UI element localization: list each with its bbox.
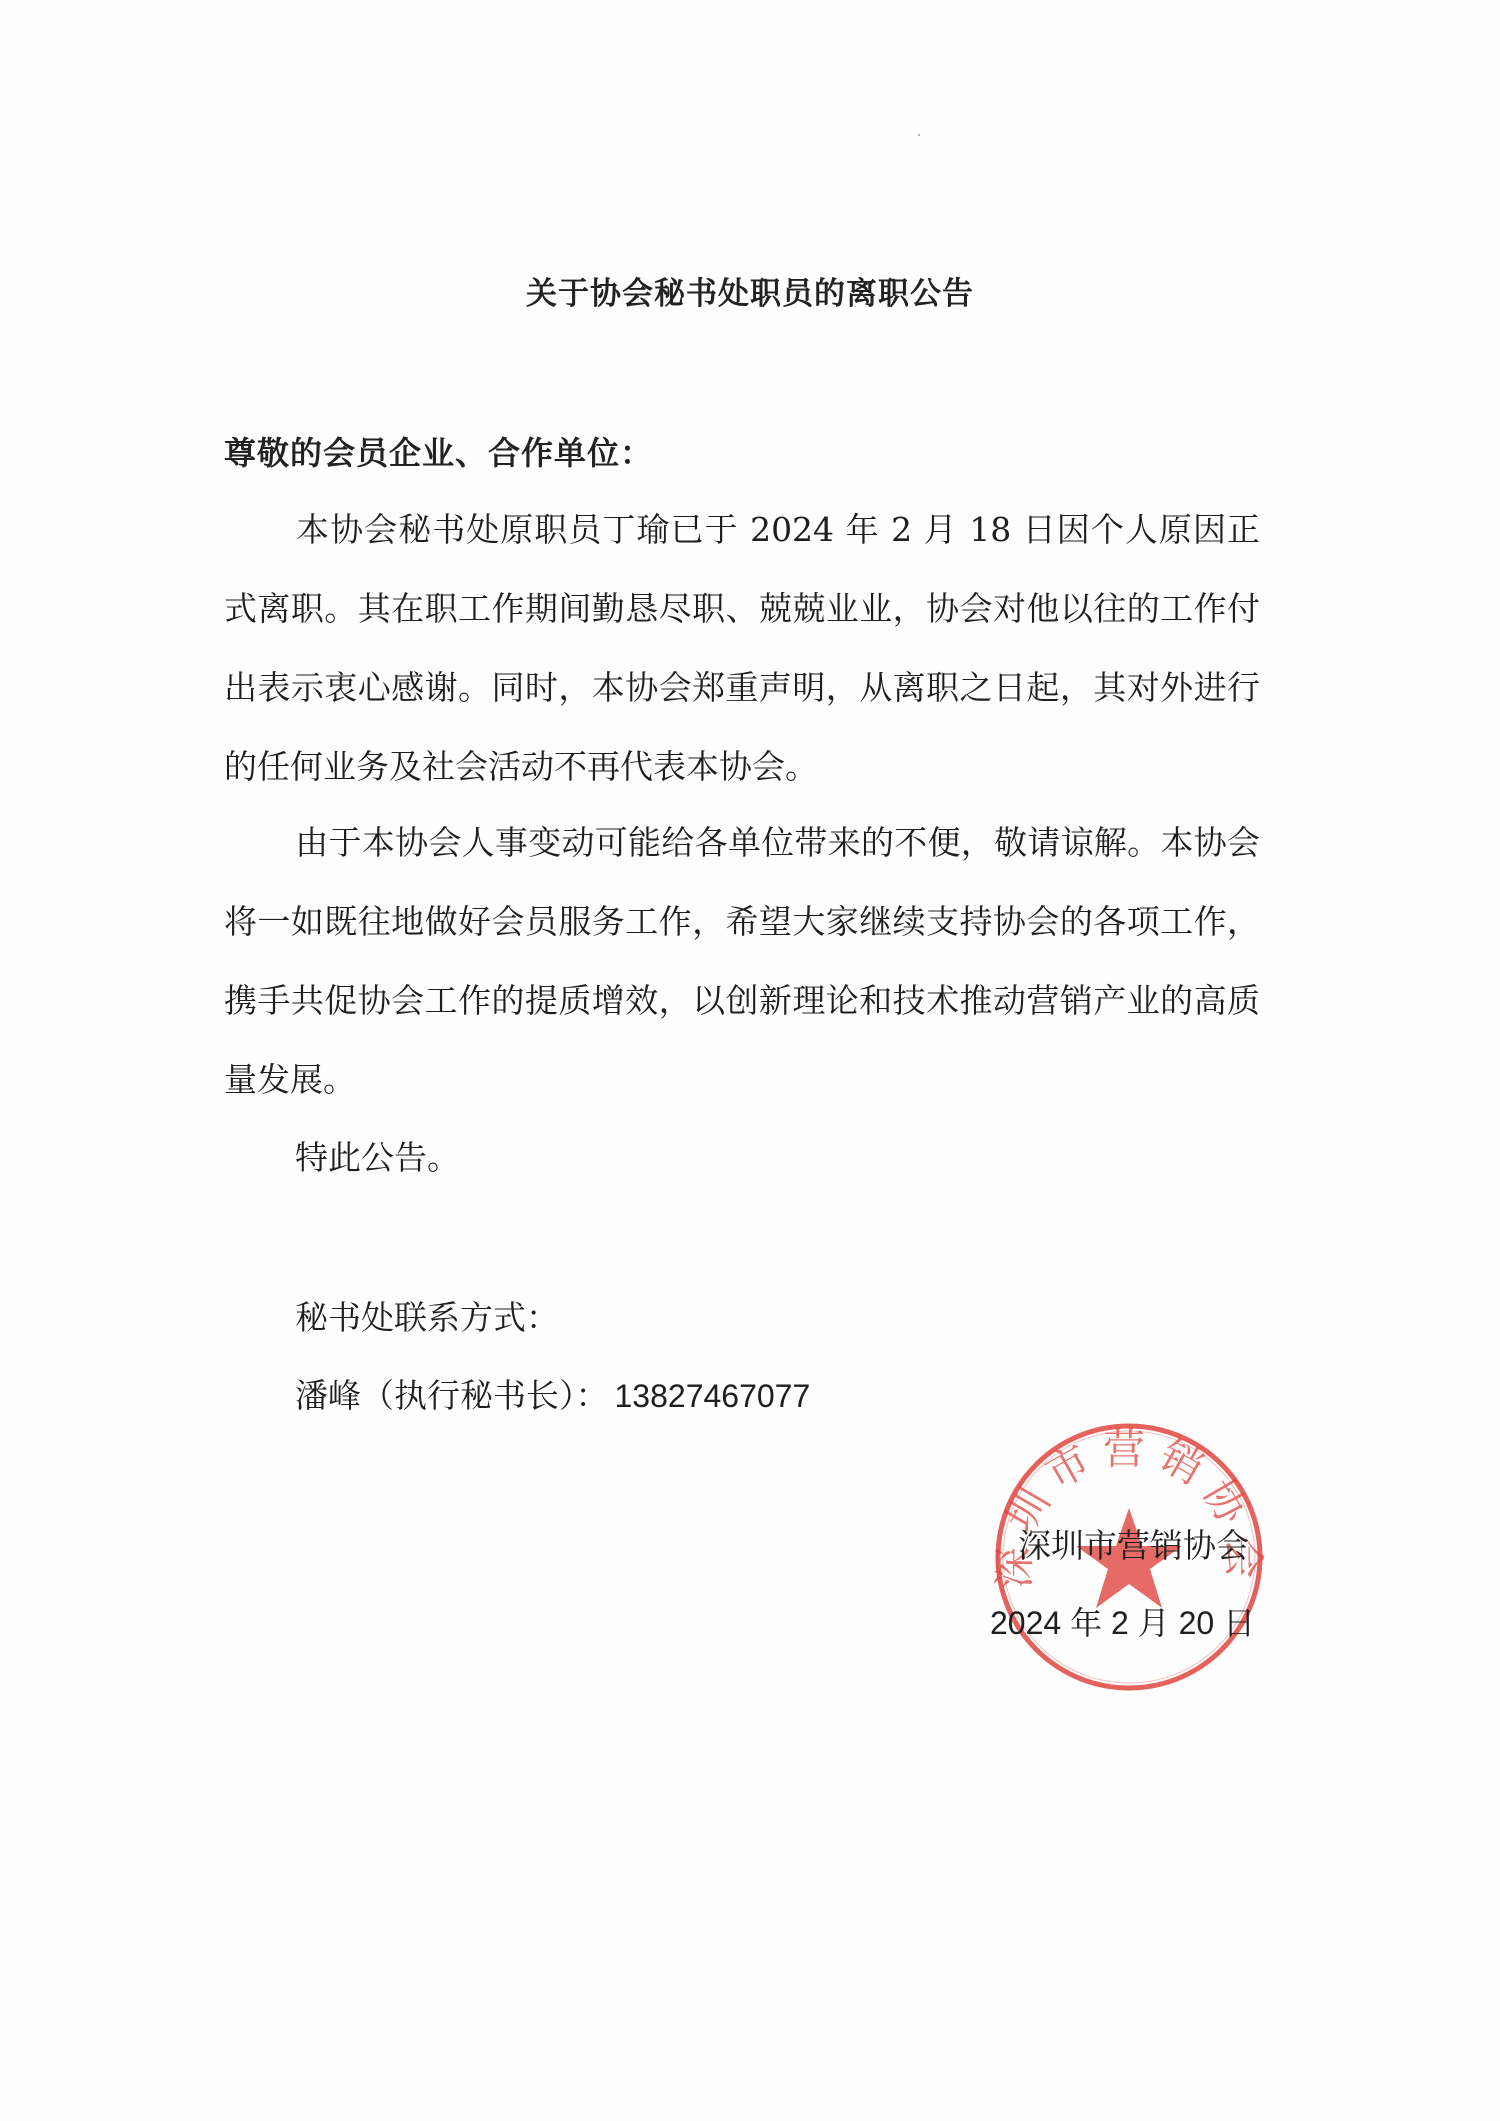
paragraph-closing: 特此公告。 <box>224 1118 1260 1197</box>
date-month-unit: 月 <box>1138 1604 1170 1642</box>
contact-line: 潘峰（执行秘书长）：13827467077 <box>295 1370 810 1417</box>
signature-date: 2024 年 2 月 20 日 <box>990 1598 1255 1644</box>
salutation: 尊敬的会员企业、合作单位： <box>224 428 653 474</box>
paragraph-closing-text: 特此公告。 <box>295 1138 460 1177</box>
paragraph-2-text: 由于本协会人事变动可能给各单位带来的不便，敬请谅解。本协会将一如既往地做好会员服… <box>224 823 1260 1099</box>
date-day: 20 <box>1179 1605 1215 1641</box>
scan-speck <box>918 134 920 136</box>
signature-organization: 深圳市营销协会 <box>1018 1520 1249 1567</box>
document-title: 关于协会秘书处职员的离职公告 <box>0 268 1500 313</box>
date-year: 2024 <box>990 1605 1061 1641</box>
date-day-unit: 日 <box>1223 1604 1255 1642</box>
paragraph-2: 由于本协会人事变动可能给各单位带来的不便，敬请谅解。本协会将一如既往地做好会员服… <box>224 803 1260 1119</box>
contact-person: 潘峰（执行秘书长）： <box>295 1376 609 1415</box>
date-month: 2 <box>1111 1605 1129 1641</box>
date-year-unit: 年 <box>1070 1604 1102 1642</box>
paragraph-1: 本协会秘书处原职员丁瑜已于 2024 年 2 月 18 日因个人原因正式离职。其… <box>224 490 1260 806</box>
contact-label: 秘书处联系方式： <box>295 1292 559 1339</box>
document-page: 关于协会秘书处职员的离职公告 尊敬的会员企业、合作单位： 本协会秘书处原职员丁瑜… <box>0 0 1500 2121</box>
contact-phone: 13827467077 <box>615 1378 811 1414</box>
paragraph-1-text: 本协会秘书处原职员丁瑜已于 2024 年 2 月 18 日因个人原因正式离职。其… <box>224 510 1260 786</box>
